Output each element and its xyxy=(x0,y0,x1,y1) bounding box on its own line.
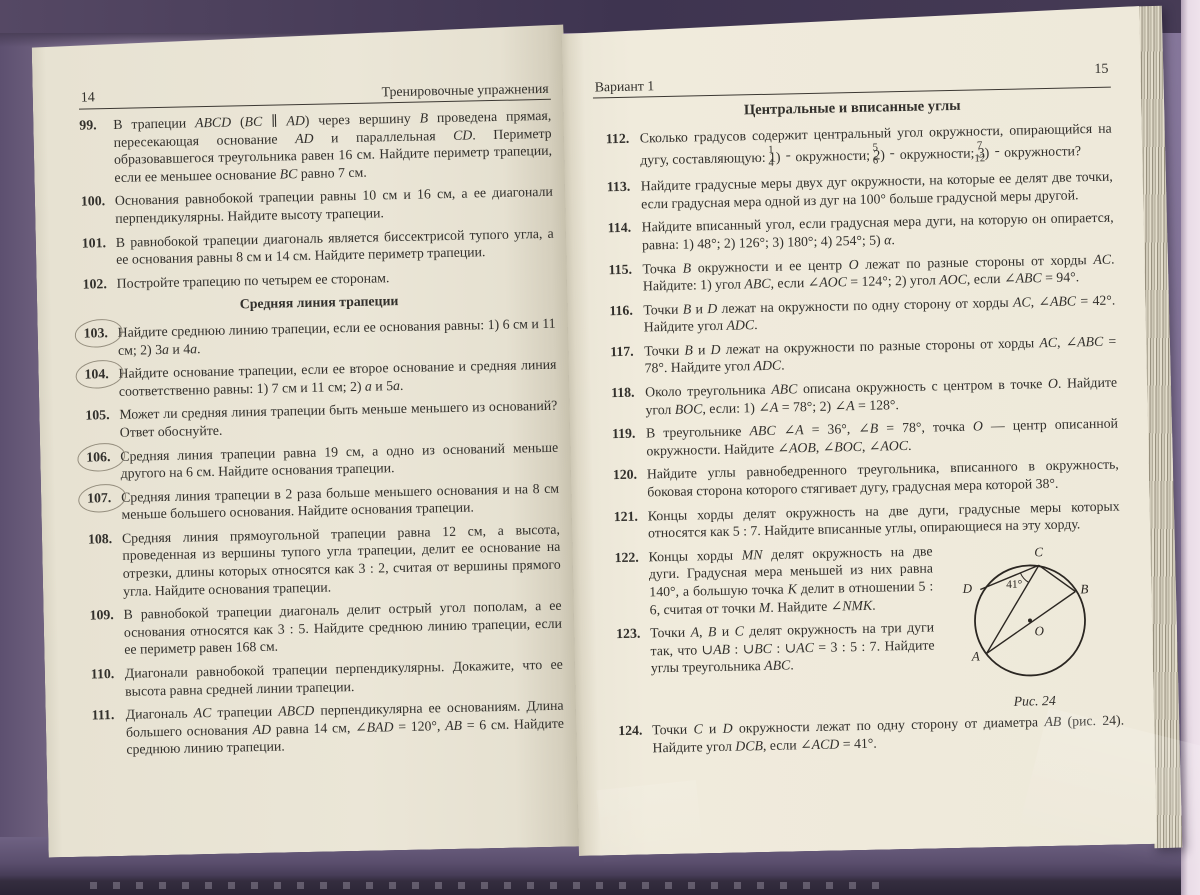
problem-item: 121.Концы хорды делят окружность на две … xyxy=(614,497,1121,543)
problem-item: 111.Диагональ AC трапеции ABCD перпендик… xyxy=(92,697,565,760)
problem-number: 104. xyxy=(84,365,118,383)
problem-item: 108.Средняя линия прямоугольной трапеции… xyxy=(88,521,561,601)
left-problem-list: 99.В трапеции ABCD (BC ∥ AD) через верши… xyxy=(79,107,564,760)
left-page: 14 Тренировочные упражнения 99.В трапеци… xyxy=(31,25,580,858)
problem-number: 101. xyxy=(82,234,116,252)
problem-number: 110. xyxy=(91,665,125,683)
problem-item: 122.Концы хорды MN делят окружность на д… xyxy=(614,538,1121,619)
fraction: 712 xyxy=(994,140,999,165)
problem-number: 116. xyxy=(609,301,643,319)
problem-number: 118. xyxy=(611,384,645,402)
problem-number: 100. xyxy=(81,192,115,210)
problem-number: 120. xyxy=(613,466,647,484)
problem-item: 118.Около треугольника ABC описана окруж… xyxy=(611,374,1118,420)
problem-item: 104.Найдите основание трапеции, если ее … xyxy=(84,356,557,401)
problem-item: 103.Найдите среднюю линию трапеции, если… xyxy=(84,315,557,360)
problem-number: 111. xyxy=(92,706,126,724)
problem-item: 115.Точка B окружности и ее центр O лежа… xyxy=(608,250,1115,296)
fraction: 56 xyxy=(890,142,895,167)
right-problem-list-beside-figure: 122.Концы хорды MN делят окружность на д… xyxy=(614,538,1123,678)
problem-number: 105. xyxy=(85,406,119,424)
problem-item: 102.Постройте трапецию по четырем ее сто… xyxy=(82,266,554,293)
problem-item: 117.Точки B и D лежат на окружности по р… xyxy=(610,332,1117,378)
problem-item: 105.Может ли средняя линия трапеции быть… xyxy=(85,397,558,442)
problem-number: 113. xyxy=(607,178,641,196)
section-title: Центральные и вписанные углы xyxy=(593,95,1111,123)
problem-item: 100.Основания равнобокой трапеции равны … xyxy=(81,183,554,228)
problem-number: 117. xyxy=(610,342,644,360)
problem-number: 119. xyxy=(612,425,646,443)
problem-item: 99.В трапеции ABCD (BC ∥ AD) через верши… xyxy=(79,107,552,187)
problem-item: 107.Средняя линия трапеции в 2 раза боль… xyxy=(87,479,560,524)
fraction: 14 xyxy=(786,144,791,169)
figure-caption: Рис. 24 xyxy=(946,690,1124,711)
problem-item: 120.Найдите углы равнобедренного треугол… xyxy=(613,456,1120,502)
plastic-cover-right-edge xyxy=(1181,0,1200,895)
problem-number: 114. xyxy=(608,219,642,237)
right-problem-list-bottom: 124.Точки C и D окружности лежат по одну… xyxy=(606,710,1125,758)
left-page-header: 14 Тренировочные упражнения xyxy=(79,81,551,110)
problem-item: 119.В треугольнике ABC ∠A = 36°, ∠B = 78… xyxy=(612,415,1119,461)
problem-item: 112.Сколько градусов содержит центральны… xyxy=(606,120,1113,173)
problem-item: 110.Диагонали равнобокой трапеции перпен… xyxy=(91,656,564,701)
page-number-left: 14 xyxy=(81,90,95,106)
problem-number: 107. xyxy=(87,489,121,507)
problem-item: 106.Средняя линия трапеции равна 19 см, … xyxy=(86,438,559,483)
right-problem-list-top: 112.Сколько градусов содержит центральны… xyxy=(594,120,1121,544)
problem-number: 109. xyxy=(89,606,123,624)
problem-number: 123. xyxy=(616,625,650,643)
problem-number: 122. xyxy=(614,548,648,566)
problem-number: 102. xyxy=(82,275,116,293)
problem-item: 124.Точки C и D окружности лежат по одну… xyxy=(618,712,1125,758)
problem-number: 115. xyxy=(608,260,642,278)
problem-item: 123.Точки A, B и C делят окружность на т… xyxy=(616,615,1123,678)
problem-item: 109.В равнобокой трапеции диагональ дели… xyxy=(89,597,562,660)
problem-number: 124. xyxy=(618,722,652,740)
running-title-right: Вариант 1 xyxy=(595,78,655,95)
problem-number: 103. xyxy=(84,324,118,342)
problem-item: 101.В равнобокой трапеции диагональ явля… xyxy=(82,224,555,269)
bottom-edge-texture xyxy=(90,882,890,889)
running-title-left: Тренировочные упражнения xyxy=(381,81,548,100)
problem-number: 108. xyxy=(88,530,122,548)
problem-item: 113.Найдите градусные меры двух дуг окру… xyxy=(607,168,1114,214)
right-page-header: Вариант 1 15 xyxy=(593,69,1111,99)
problem-item: 116.Точки B и D лежат на окружности по о… xyxy=(609,291,1116,337)
figure-and-problems: C D B O A 41° Рис. 24 122.Концы хорды MN… xyxy=(602,538,1123,678)
problem-number: 106. xyxy=(86,447,120,465)
problem-number: 121. xyxy=(614,507,648,525)
problem-number: 99. xyxy=(79,116,113,134)
problem-item: 114.Найдите вписанный угол, если градусн… xyxy=(608,209,1115,255)
right-page: Вариант 1 15 Центральные и вписанные угл… xyxy=(561,6,1156,856)
problem-number: 112. xyxy=(606,130,640,148)
page-number-right: 15 xyxy=(1094,62,1108,78)
subsection-heading: Средняя линия трапеции xyxy=(83,289,555,316)
